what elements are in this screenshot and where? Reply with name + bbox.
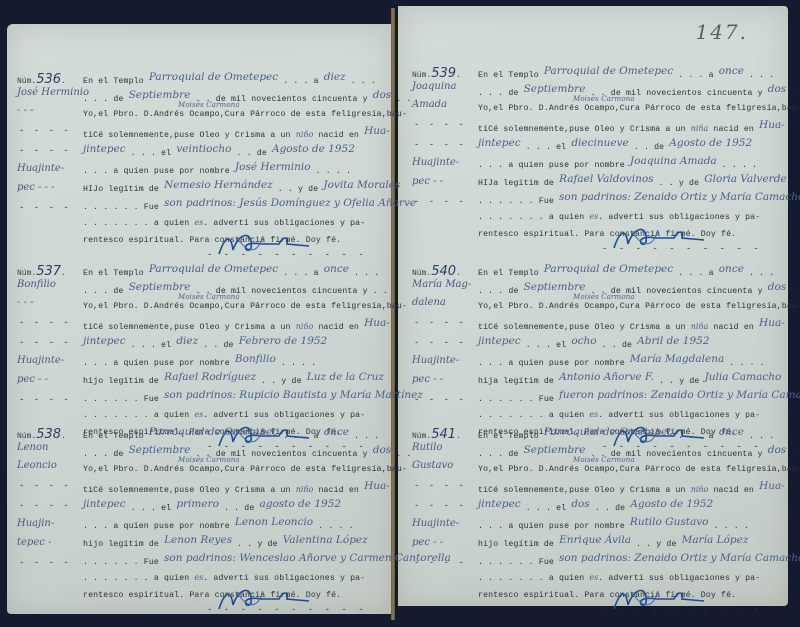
margin-name-line-1: José Herminio [17,87,89,98]
entry-line-parents: hija legítim de Antonio Añorve F. . . y … [478,374,781,386]
margin-name-line-2: - - - [17,105,34,116]
margin-dashes: - - - - [19,318,71,328]
entry-margin: Núm.538. Lenon Leoncio - - - - - - - - H… [17,425,79,605]
entry-number: Núm.537. [17,264,66,279]
entry-line-temple: En el Templo Parroquial de Ometepec . . … [478,266,774,278]
margin-name-line-1: Joaquina [412,81,456,92]
margin-dashes: - - - - [414,338,466,348]
entry-line-temple: En el Templo Parroquial de Ometepec . . … [83,74,376,86]
entry-line-priest: Yo,el Pbro. D.Andrés Ocampo,Cura Párroco… [478,104,800,113]
entry-line-obligations: . . . . . . . a quien es. advertí sus ob… [478,573,760,583]
margin-place-line-2: pec - - [412,374,443,385]
margin-dashes: - - - - [19,338,71,348]
entry-line-date: . . . de Septiembre . . de mil novecient… [83,447,411,459]
entry-margin: Núm.536. José Herminio - - - - - - - - -… [17,70,79,250]
margin-dashes: - - - - [19,203,71,213]
margin-dashes: - - - - [414,395,466,405]
margin-dashes: - - - - [19,558,71,568]
entry-line-birth: jintepec . . . el diez . . de Febrero de… [83,338,327,350]
entry-line-baptism: tiCé solemnemente,puse Oleo y Crisma a u… [478,320,785,332]
margin-dashes: - - - - [19,146,71,156]
margin-dashes: - - - - [19,126,71,136]
entry-line-parents: hijo legítim de Lenon Reyes . . y de Val… [83,537,368,549]
margin-name-line-1: Lenon [17,442,48,453]
entry-margin: Núm.540. María Mag- dalena - - - - - - -… [412,262,474,442]
entry-line-obligations: . . . . . . . a quien es. advertí sus ob… [83,218,365,228]
margin-place-line-1: Huajinte- [412,355,459,366]
entry-line-temple: En el Templo Parroquial de Ometepec . . … [478,429,774,441]
margin-place-line-1: Huajinte- [17,163,64,174]
entry-line-temple: En el Templo Parroquial de Ometepec . . … [83,429,379,441]
page-number: 147. [695,20,748,44]
entry-line-baptism: tiCé solemnemente,puse Oleo y Crisma a u… [83,483,390,495]
entry-margin: Núm.541. Rutilo Gustavo - - - - - - - - … [412,425,474,605]
entry-margin: Núm.537. Bonfilio - - - - - - - - - - - … [17,262,79,442]
entry-line-godparents: . . . . . . Fue son padrinos: Rupicio Ba… [83,392,423,404]
entry-line-name: . . . a quien puse por nombre María Magd… [478,356,765,368]
margin-place-line-2: tepec - [17,537,51,548]
margin-place-line-2: pec - - [412,537,443,548]
entry-line-priest: Yo,el Pbro. D.Andrés Ocampo,Cura Párroco… [83,110,407,119]
entry-line-godparents: . . . . . . Fue son padrinos: Zenaido Or… [478,194,800,206]
entry-line-godparents: . . . . . . Fue son padrinos: Jesús Domí… [83,200,416,212]
entry-line-parents: hijo legítim de Rafael Rodríguez . . y d… [83,374,384,386]
entry-number: Núm.540. [412,264,461,279]
entry-line-baptism: tiCé solemnemente,puse Oleo y Crisma a u… [83,128,390,140]
margin-dashes: - - - - [414,120,466,130]
baptism-entry-539: Núm.539. Joaquina Amada - - - - - - - - … [412,64,792,244]
margin-dashes: - - - - [414,197,466,207]
entry-line-baptism: tiCé solemnemente,puse Oleo y Crisma a u… [83,320,390,332]
entry-line-temple: En el Templo Parroquial de Ometepec . . … [83,266,379,278]
margin-name-line-1: Rutilo [412,442,442,453]
margin-name-line-2: Amada [412,99,447,110]
margin-dashes: - - - - [19,501,71,511]
baptism-entry-538: Núm.538. Lenon Leoncio - - - - - - - - H… [17,425,397,605]
margin-place-line-1: Huajinte- [412,157,459,168]
entry-line-birth: jintepec . . . el ocho . . de Abril de 1… [478,338,710,350]
entry-line-baptism: tiCé solemnemente,puse Oleo y Crisma a u… [478,483,785,495]
entry-number: Núm.541. [412,427,461,442]
entry-line-name: . . . a quien puse por nombre José Hermi… [83,164,351,176]
margin-place-line-1: Huajin- [17,518,54,529]
entry-line-name: . . . a quien puse por nombre Bonfilio .… [83,356,316,368]
entry-line-birth: jintepec . . . el veintiocho . . de Agos… [83,146,355,158]
entry-line-obligations: . . . . . . . a quien es. advertí sus ob… [478,212,760,222]
margin-dashes: - - - - [414,481,466,491]
entry-line-name: . . . a quien puse por nombre Rutilo Gus… [478,519,749,531]
margin-place-line-2: pec - - [17,374,48,385]
entry-margin: Núm.539. Joaquina Amada - - - - - - - - … [412,64,474,244]
margin-name-line-2: Gustavo [412,460,453,471]
entry-separator: - - - - - - - - - - [207,605,367,615]
margin-dashes: - - - - [414,501,466,511]
entry-line-godparents: . . . . . . Fue son padrinos: Wenceslao … [83,555,451,567]
margin-dashes: - - - - [414,140,466,150]
entry-separator: - - - - - - - - - - [602,244,762,254]
entry-line-birth: jintepec . . . el primero . . de agosto … [83,501,341,513]
margin-dashes: - - - - [19,481,71,491]
margin-name-line-2: Leoncio [17,460,57,471]
entry-line-date: . . . de Septiembre . . de mil novecient… [478,447,800,459]
margin-place-line-2: pec - - [412,176,443,187]
entry-line-obligations: . . . . . . . a quien es. advertí sus ob… [478,410,760,420]
margin-name-line-1: Bonfilio [17,279,56,290]
margin-dashes: - - - - [19,395,71,405]
entry-line-date: . . . de Septiembre . . de mil novecient… [478,284,800,296]
entry-line-obligations: . . . . . . . a quien es. advertí sus ob… [83,410,365,420]
margin-place-line-1: Huajinte- [412,518,459,529]
entry-line-godparents: . . . . . . Fue fueron padrinos: Zenaido… [478,392,800,404]
entry-line-priest: Yo,el Pbro. D.Andrés Ocampo,Cura Párroco… [478,302,800,311]
margin-name-line-2: dalena [412,297,446,308]
entry-line-priest: Yo,el Pbro. D.Andrés Ocampo,Cura Párroco… [83,302,407,311]
entry-line-parents: HIJo legítim de Nemesio Hernández . . y … [83,182,400,194]
entry-separator: - - - - - - - - - - [207,250,367,260]
entry-line-priest: Yo,el Pbro. D.Andrés Ocampo,Cura Párroco… [83,465,407,474]
entry-line-parents: hijo legítim de Enrique Ávila . . y de M… [478,537,748,549]
entry-line-temple: En el Templo Parroquial de Ometepec . . … [478,68,774,80]
margin-dashes: - - - - [414,318,466,328]
entry-line-parents: HIJa legítim de Rafael Valdovinos . . y … [478,176,787,188]
entry-line-birth: jintepec . . . el dos . . de Agosto de 1… [478,501,713,513]
entry-line-name: . . . a quien puse por nombre Joaquina A… [478,158,757,170]
entry-line-date: . . . de Septiembre . . de mil novecient… [83,92,411,104]
entry-number: Núm.538. [17,427,66,442]
entry-line-priest: Yo,el Pbro. D.Andrés Ocampo,Cura Párroco… [478,465,800,474]
entry-line-date: . . . de Septiembre . . de mil novecient… [478,86,800,98]
margin-name-line-2: - - - [17,297,34,308]
entry-number: Núm.536. [17,72,66,87]
entry-separator: - - - - - - - - - - [602,605,762,615]
entry-line-birth: jintepec . . . el diecinueve . . de Agos… [478,140,752,152]
entry-line-godparents: . . . . . . Fue son padrinos: Zenaido Or… [478,555,800,567]
entry-line-obligations: . . . . . . . a quien es. advertí sus ob… [83,573,365,583]
baptism-entry-537: Núm.537. Bonfilio - - - - - - - - - - - … [17,262,397,442]
margin-place-line-1: Huajinte- [17,355,64,366]
baptism-entry-540: Núm.540. María Mag- dalena - - - - - - -… [412,262,792,442]
margin-place-line-2: pec - - - [17,182,55,193]
margin-name-line-1: María Mag- [412,279,471,290]
baptism-entry-536: Núm.536. José Herminio - - - - - - - - -… [17,70,397,250]
entry-line-baptism: tiCé solemnemente,puse Oleo y Crisma a u… [478,122,785,134]
entry-line-name: . . . a quien puse por nombre Lenon Leon… [83,519,354,531]
margin-dashes: - - - - [414,558,466,568]
baptism-entry-541: Núm.541. Rutilo Gustavo - - - - - - - - … [412,425,792,605]
entry-number: Núm.539. [412,66,461,81]
